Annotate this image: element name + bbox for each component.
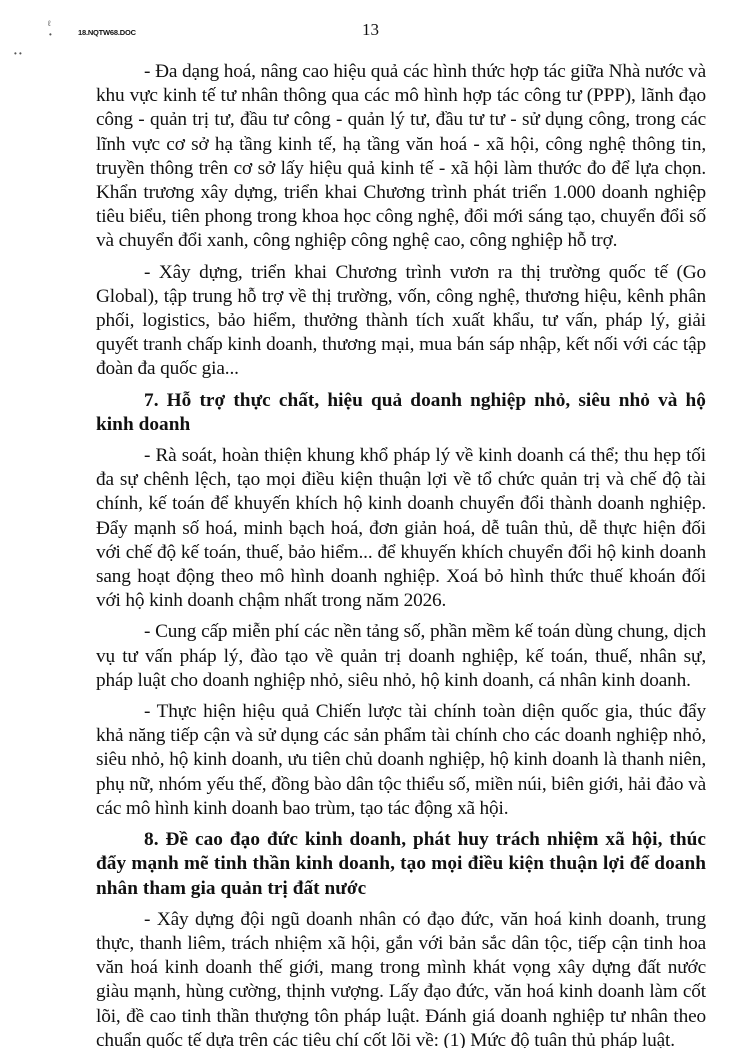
scan-artifact: ℓ bbox=[48, 20, 51, 28]
document-body: - Đa dạng hoá, nâng cao hiệu quả các hìn… bbox=[96, 60, 706, 1048]
document-code: 18.NQTW68.DOC bbox=[78, 28, 136, 37]
section-heading-8: 8. Đề cao đạo đức kinh doanh, phát huy t… bbox=[96, 828, 706, 901]
section-heading-7: 7. Hỗ trợ thực chất, hiệu quả doanh nghi… bbox=[96, 389, 706, 437]
page-number: 13 bbox=[362, 20, 379, 40]
paragraph-ppp: - Đa dạng hoá, nâng cao hiệu quả các hìn… bbox=[96, 60, 706, 254]
paragraph-free-platforms: - Cung cấp miễn phí các nền tảng số, phầ… bbox=[96, 620, 706, 693]
scan-artifact: • • bbox=[14, 50, 22, 58]
paragraph-legal-framework: - Rà soát, hoàn thiện khung khổ pháp lý … bbox=[96, 444, 706, 613]
paragraph-business-ethics: - Xây dựng đội ngũ doanh nhân có đạo đức… bbox=[96, 908, 706, 1048]
paragraph-go-global: - Xây dựng, triển khai Chương trình vươn… bbox=[96, 261, 706, 382]
scan-artifact: • bbox=[49, 31, 52, 39]
paragraph-financial-inclusion: - Thực hiện hiệu quả Chiến lược tài chín… bbox=[96, 700, 706, 821]
document-page: ℓ • • • 18.NQTW68.DOC 13 - Đa dạng hoá, … bbox=[0, 0, 740, 1048]
